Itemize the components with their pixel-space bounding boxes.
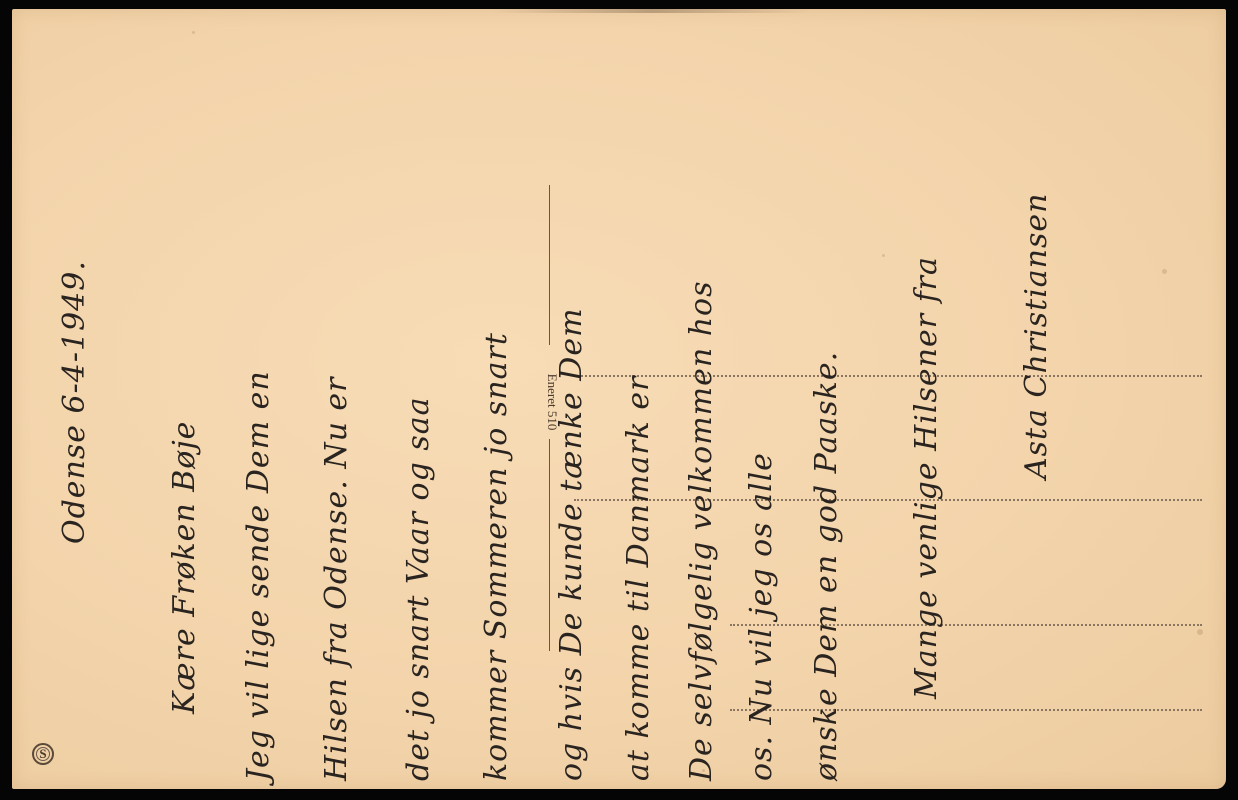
address-line-2 — [574, 499, 1202, 501]
paper-speck — [1197, 629, 1203, 635]
handwritten-line-9: ønske Dem en god Paaske. — [812, 351, 842, 781]
paper-speck — [192, 31, 195, 34]
handwritten-date: Odense 6-4-1949. — [60, 260, 90, 544]
handwritten-signature: Asta Christiansen — [1022, 193, 1052, 479]
edge-smudge — [492, 9, 812, 13]
handwritten-line-8: os. Nu vil jeg os alle — [747, 452, 777, 781]
address-line-1 — [574, 375, 1202, 377]
paper-speck — [882, 254, 885, 257]
paper-speck — [1162, 269, 1167, 274]
handwritten-line-4: kommer Sommeren jo snart — [482, 332, 512, 781]
address-line-3 — [730, 624, 1202, 626]
handwritten-line-5: og hvis De kunde tænke Dem — [557, 307, 587, 781]
handwritten-line-3: det jo snart Vaar og saa — [404, 396, 434, 781]
center-divider-lower — [549, 439, 550, 651]
center-divider-upper — [549, 185, 550, 345]
handwritten-line-2: Hilsen fra Odense. Nu er — [322, 376, 352, 781]
handwritten-line-1: Jeg vil lige sende Dem en — [244, 370, 274, 781]
postcard-back: Eneret 510 S Odense 6-4-1949. Kære Frøke… — [12, 9, 1226, 789]
publisher-logo-icon: S — [32, 743, 54, 765]
handwritten-line-7: De selvfølgelig velkommen hos — [687, 280, 717, 781]
handwritten-closing: Mange venlige Hilsener fra — [912, 256, 942, 699]
handwritten-line-6: at komme til Danmark er — [624, 376, 654, 781]
handwritten-salutation: Kære Frøken Bøje — [170, 421, 200, 714]
address-line-4 — [730, 709, 1202, 711]
